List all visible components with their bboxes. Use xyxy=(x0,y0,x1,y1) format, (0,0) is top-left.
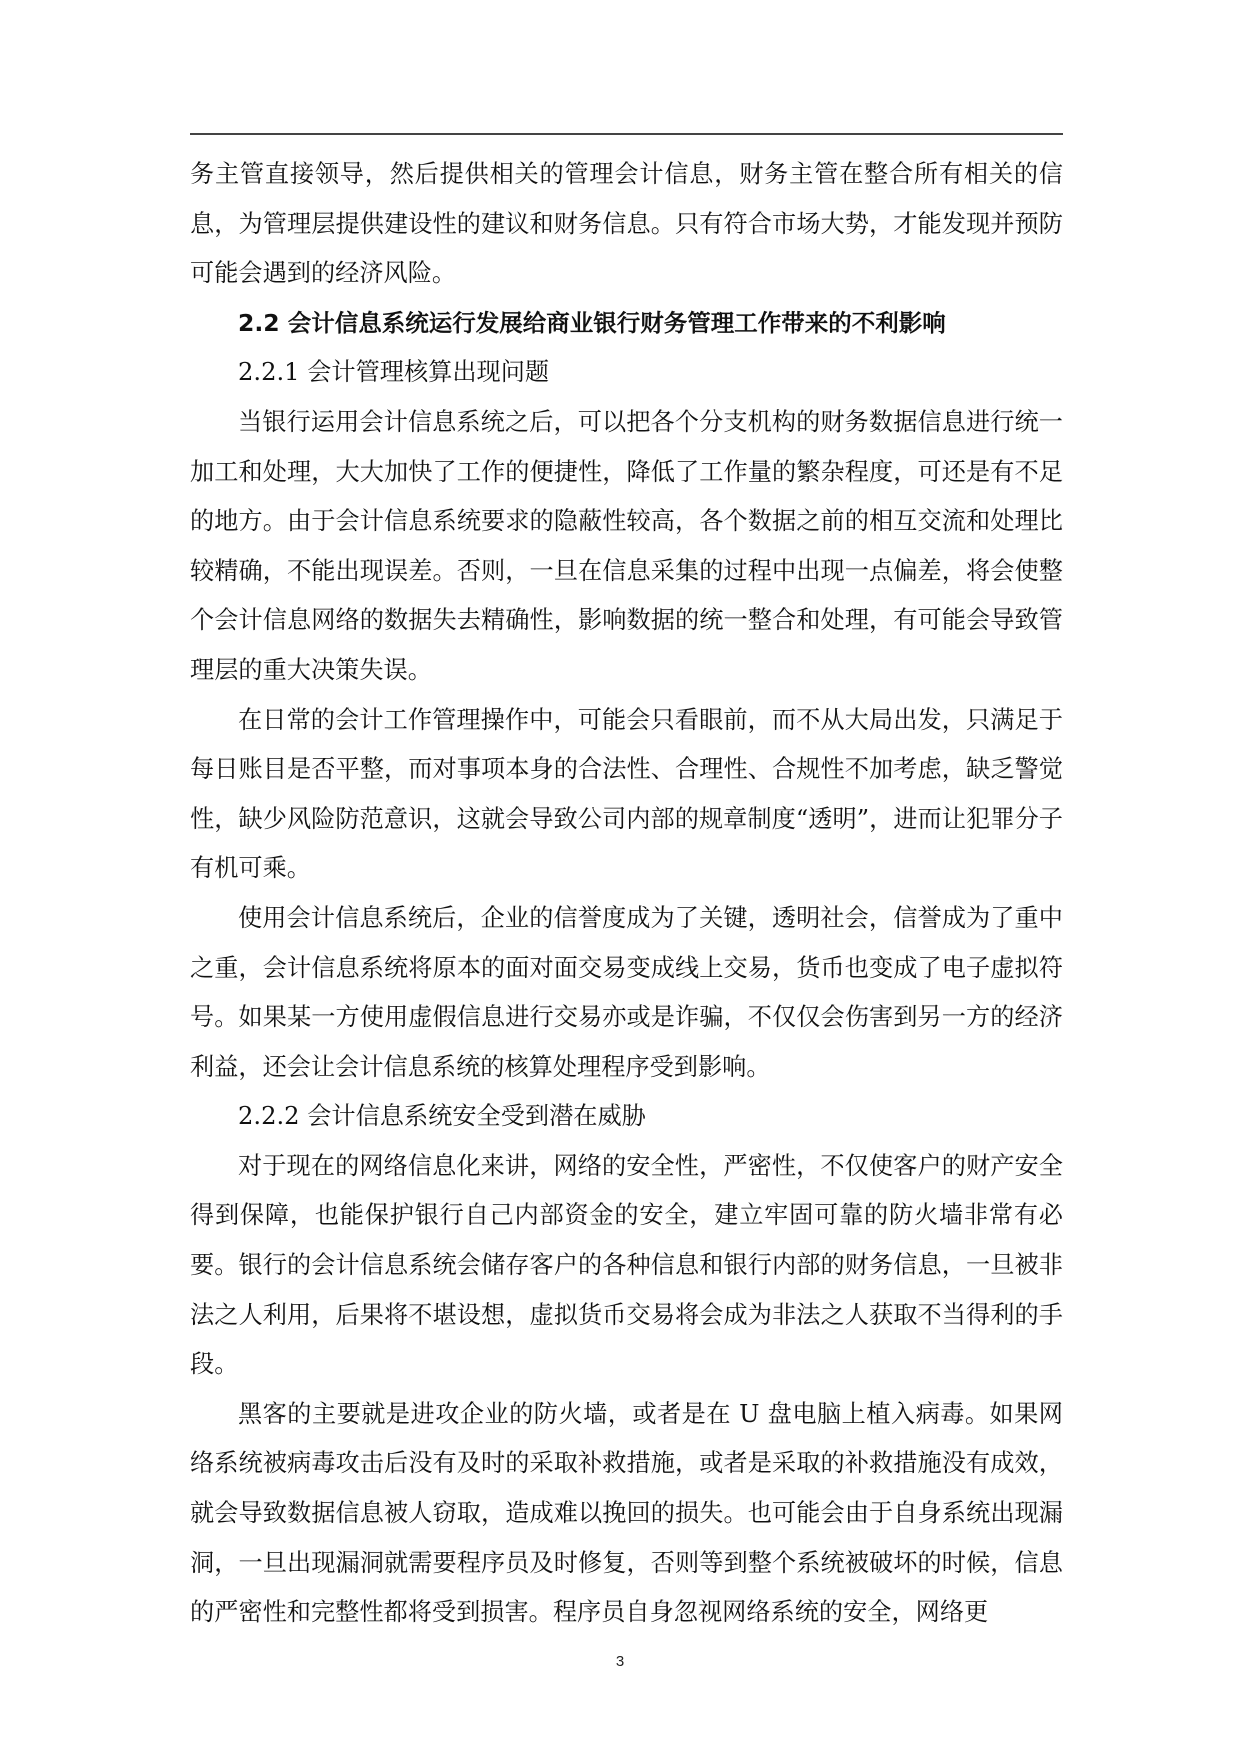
paragraph: 在日常的会计工作管理操作中，可能会只看眼前，而不从大局出发，只满足于每日账目是否… xyxy=(190,696,1063,894)
header-rule xyxy=(190,133,1063,135)
document-body: 务主管直接领导，然后提供相关的管理会计信息，财务主管在整合所有相关的信息，为管理… xyxy=(190,150,1063,1638)
paragraph: 当银行运用会计信息系统之后，可以把各个分支机构的财务数据信息进行统一加工和处理，… xyxy=(190,398,1063,696)
subsection-heading-2-2-2: 2.2.2 会计信息系统安全受到潜在威胁 xyxy=(190,1092,1063,1142)
page-number: 3 xyxy=(0,1653,1240,1670)
section-heading-2-2: 2.2 会计信息系统运行发展给商业银行财务管理工作带来的不利影响 xyxy=(190,299,1063,349)
subsection-heading-2-2-1: 2.2.1 会计管理核算出现问题 xyxy=(190,348,1063,398)
paragraph: 黑客的主要就是进攻企业的防火墙，或者是在 U 盘电脑上植入病毒。如果网络系统被病… xyxy=(190,1390,1063,1638)
paragraph: 使用会计信息系统后，企业的信誉度成为了关键，透明社会，信誉成为了重中之重，会计信… xyxy=(190,894,1063,1092)
paragraph-continuation: 务主管直接领导，然后提供相关的管理会计信息，财务主管在整合所有相关的信息，为管理… xyxy=(190,150,1063,299)
document-page: 务主管直接领导，然后提供相关的管理会计信息，财务主管在整合所有相关的信息，为管理… xyxy=(0,0,1240,1754)
paragraph: 对于现在的网络信息化来讲，网络的安全性，严密性，不仅使客户的财产安全得到保障，也… xyxy=(190,1142,1063,1390)
